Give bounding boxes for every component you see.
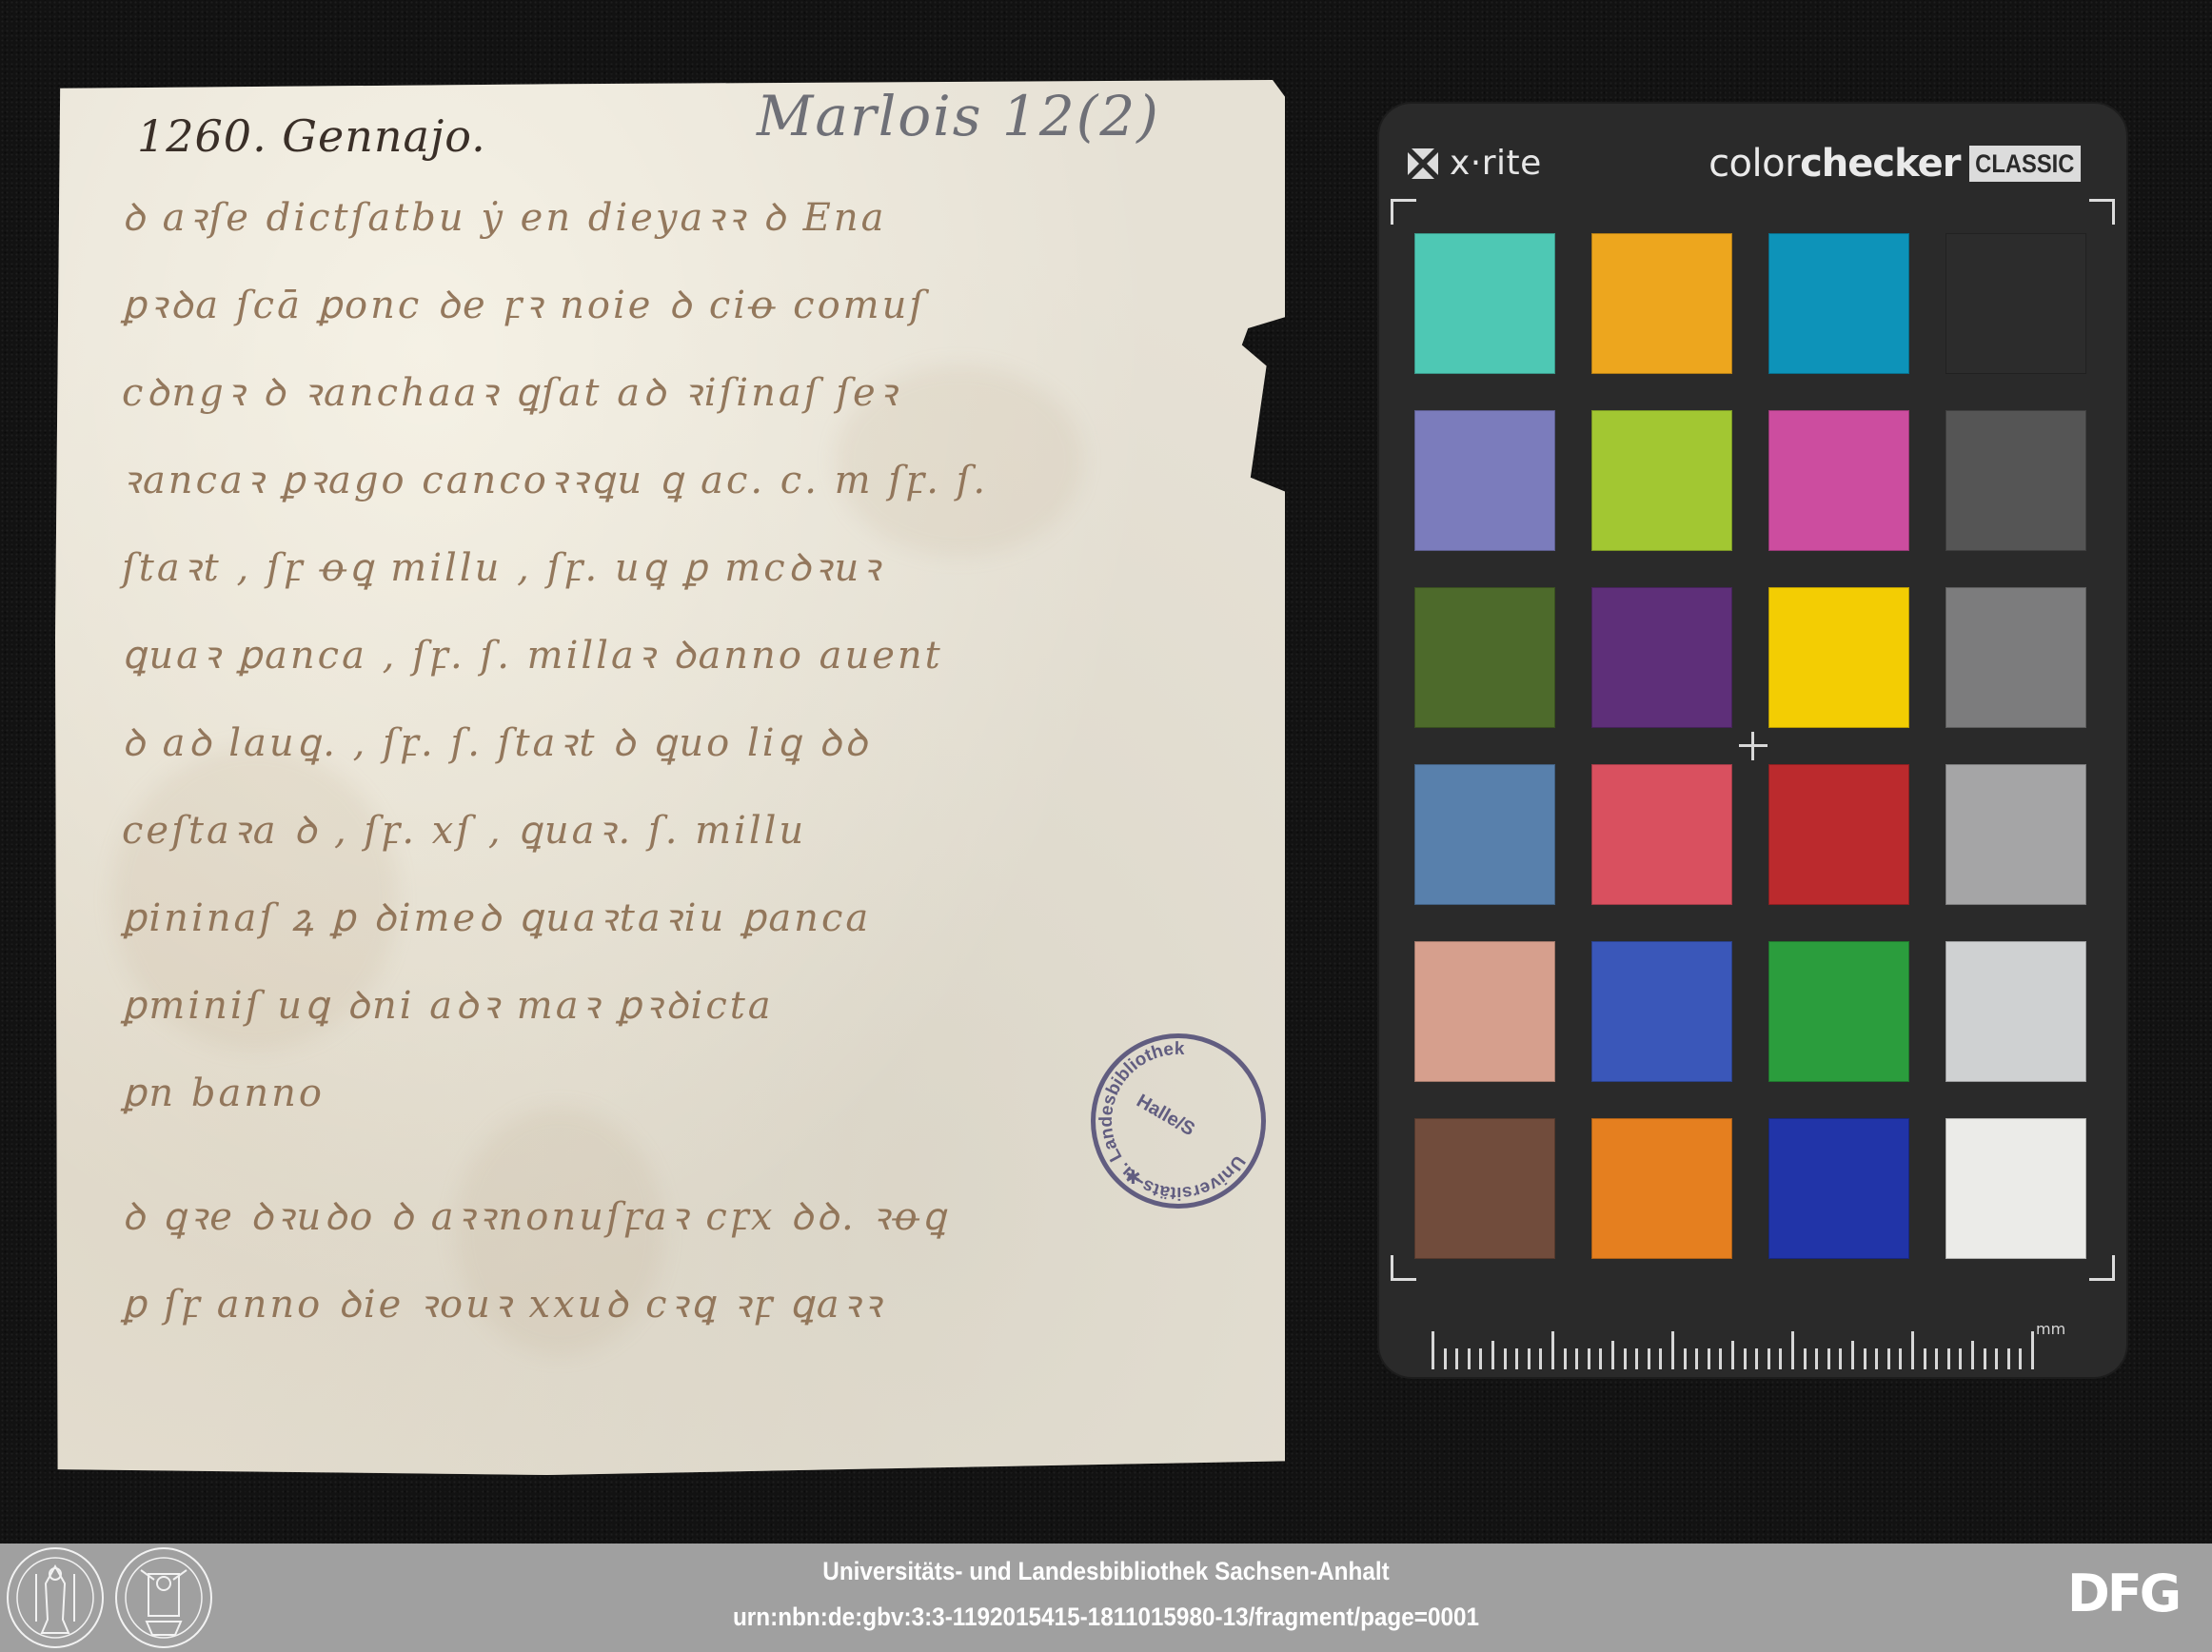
mm-ruler (1432, 1322, 2041, 1369)
script-line: ꝑn banno (122, 1051, 1207, 1174)
ruler-tick (1659, 1348, 1662, 1369)
ruler-tick (1875, 1348, 1878, 1369)
pencil-shelfmark: Marlois 12(2) (757, 84, 1160, 148)
ruler-tick (1768, 1348, 1770, 1369)
ruler-tick (1779, 1348, 1782, 1369)
ruler-tick (1827, 1348, 1830, 1369)
ruler-tick (1947, 1348, 1950, 1369)
script-line: ceſtaꝛa ꝺ , ſꝼ. xſ , ꝗuaꝛ. ſ. millu (122, 788, 1207, 875)
script-line: ꝛancaꝛ ꝑꝛago cancoꝛꝛꝗu ꝗ ac. c. m ſꝼ. ſ. (122, 438, 1207, 525)
colorchecker-logo: color checker CLASSIC (1708, 142, 2096, 186)
color-patch-orange (1591, 1118, 1732, 1259)
ruler-tick (1671, 1331, 1674, 1369)
color-patch-orange-yellow (1591, 233, 1732, 374)
product-name-light: color (1708, 142, 1800, 186)
product-name-bold: checker (1800, 142, 1960, 186)
color-patch-yellow (1768, 587, 1909, 728)
institution-name: Universitäts- und Landesbibliothek Sachs… (110, 1557, 2102, 1586)
color-patch-blue-flower (1414, 410, 1555, 551)
manuscript-text: ꝺ aꝛſe dictſatbu ẏ en dieyaꝛꝛ ꝺ Ena ꝑꝛꝺa… (122, 175, 1207, 1349)
color-patch-dark-skin (1414, 1118, 1555, 1259)
colorchecker-card: x·rite color checker CLASSIC mm (1379, 104, 2126, 1377)
ruler-tick (2031, 1331, 2034, 1369)
script-line: ꝑminiſ uꝗ ꝺni aꝺꝛ maꝛ ꝑꝛꝺicta (122, 963, 1207, 1051)
script-line: ꝑininaſ ꝝ ꝑ ꝺimeꝺ ꝗuaꝛtaꝛiu ꝑanca (122, 875, 1207, 963)
ruler-unit-label: mm (2036, 1320, 2065, 1338)
ruler-tick (1515, 1348, 1518, 1369)
script-line: ꝺ aꝛſe dictſatbu ẏ en dieyaꝛꝛ ꝺ Ena (122, 175, 1207, 263)
color-patch-neutral-5 (1945, 587, 2086, 728)
ruler-tick (1575, 1348, 1578, 1369)
halle-seal-icon (4, 1545, 107, 1650)
classic-badge: CLASSIC (1969, 146, 2081, 182)
manuscript-fragment: 1260. Gennajo. Marlois 12(2) ꝺ aꝛſe dict… (55, 80, 1285, 1475)
ruler-tick (1959, 1348, 1962, 1369)
ruler-tick (1564, 1348, 1567, 1369)
ruler-tick (1804, 1348, 1807, 1369)
ruler-tick (1984, 1348, 1986, 1369)
ruler-tick (1432, 1331, 1434, 1369)
ruler-tick (1851, 1341, 1854, 1369)
ruler-tick (1911, 1331, 1914, 1369)
color-patch-bluish-green (1414, 233, 1555, 374)
script-line: cꝺngꝛ ꝺ ꝛanchaaꝛ ꝗſat aꝺ ꝛiſinaſ ſeꝛ (122, 350, 1207, 438)
ruler-tick (1924, 1348, 1926, 1369)
dfg-logo: DFG (2067, 1570, 2179, 1618)
ruler-tick (1551, 1331, 1554, 1369)
color-patch-magenta (1768, 410, 1909, 551)
ruler-tick (1791, 1331, 1794, 1369)
ruler-tick (1995, 1348, 1998, 1369)
color-patch-neutral-6-5 (1945, 764, 2086, 905)
ruler-tick (1755, 1348, 1758, 1369)
color-patch-neutral-8 (1945, 941, 2086, 1082)
color-patch-blue (1591, 941, 1732, 1082)
color-patch-blue-sky (1414, 764, 1555, 905)
ruler-tick (1744, 1348, 1747, 1369)
color-patch-moderate-red (1591, 764, 1732, 905)
script-line: ꝺ ꝗꝛe ꝺꝛuꝺo ꝺ aꝛꝛnonuſꝼaꝛ cꝼx ꝺꝺ. ꝛꝋꝗ (122, 1174, 1207, 1262)
color-patch-cyan (1768, 233, 1909, 374)
ruler-tick (1611, 1341, 1614, 1369)
ruler-tick (1971, 1341, 1974, 1369)
ruler-tick (1539, 1348, 1542, 1369)
svg-text:✱: ✱ (1125, 1166, 1141, 1189)
script-line: ꝑꝛꝺa ſcā ꝑonc ꝺe ꝼꝛ noie ꝺ ciꝋ comuſ (122, 263, 1207, 350)
ruler-tick (1491, 1341, 1494, 1369)
ruler-tick (1719, 1348, 1722, 1369)
xrite-logo: x·rite (1404, 144, 1542, 183)
color-patch-red (1768, 764, 1909, 905)
ruler-tick (1815, 1348, 1818, 1369)
script-line: ꝺ aꝺ lauꝗ. , ſꝼ. ſ. ſtaꝛt ꝺ ꝗuo liꝗ ꝺꝺ (122, 700, 1207, 788)
xrite-brand-text: x·rite (1450, 144, 1542, 183)
color-patch-green (1768, 941, 1909, 1082)
urn-identifier[interactable]: urn:nbn:de:gbv:3:3-1192015415-1811015980… (110, 1603, 2102, 1632)
ruler-tick (1528, 1348, 1531, 1369)
registration-corner-icon (2089, 1255, 2115, 1281)
color-patch-neutral-3-5 (1945, 410, 2086, 551)
registration-corner-icon (2089, 199, 2115, 225)
script-line: ꝗuaꝛ ꝑanca , ſꝼ. ſ. millaꝛ ꝺanno auent (122, 613, 1207, 700)
color-patch-purple (1591, 587, 1732, 728)
ruler-tick (1468, 1348, 1471, 1369)
ruler-tick (1684, 1348, 1687, 1369)
registration-corner-icon (1391, 199, 1416, 225)
card-header: x·rite color checker CLASSIC (1379, 104, 2126, 218)
registration-corner-icon (1391, 1255, 1416, 1281)
ruler-tick (2019, 1348, 2022, 1369)
ruler-tick (1887, 1348, 1890, 1369)
ruler-tick (1648, 1348, 1650, 1369)
footer-bar: Universitäts- und Landesbibliothek Sachs… (0, 1544, 2212, 1652)
ruler-tick (1455, 1348, 1458, 1369)
color-patch-yellow-green (1591, 410, 1732, 551)
ruler-tick (1839, 1348, 1842, 1369)
crosshair-icon (1739, 732, 1768, 760)
ruler-tick (1935, 1348, 1938, 1369)
archival-date-heading: 1260. Gennajo. (137, 110, 486, 162)
color-patch-dark-blue (1768, 1118, 1909, 1259)
ruler-tick (1864, 1348, 1866, 1369)
script-line: ſtaꝛt , ſꝼ ꝋꝗ millu , ſꝼ. uꝗ ꝑ mcꝺꝛuꝛ (122, 525, 1207, 613)
color-patch-foliage (1414, 587, 1555, 728)
ruler-tick (1635, 1348, 1638, 1369)
ruler-tick (1624, 1348, 1627, 1369)
color-patch-black (1945, 233, 2086, 374)
ruler-tick (1731, 1341, 1734, 1369)
ruler-tick (1588, 1348, 1590, 1369)
library-stamp: Universitäts- u. Landesbibliothek ✱ Hall… (1091, 1033, 1266, 1209)
ruler-tick (1504, 1348, 1507, 1369)
ruler-tick (1599, 1348, 1602, 1369)
script-line: ꝑ ſꝼ anno ꝺie ꝛouꝛ xxuꝺ cꝛꝗ ꝛꝼ ꝗaꝛꝛ (122, 1262, 1207, 1349)
xrite-mark-icon (1404, 145, 1442, 183)
ruler-tick (1899, 1348, 1902, 1369)
ruler-tick (1479, 1348, 1482, 1369)
color-patch-light-skin (1414, 941, 1555, 1082)
ruler-tick (1695, 1348, 1698, 1369)
ruler-tick (1444, 1348, 1447, 1369)
color-patch-white (1945, 1118, 2086, 1259)
ruler-tick (2007, 1348, 2010, 1369)
ruler-tick (1708, 1348, 1710, 1369)
